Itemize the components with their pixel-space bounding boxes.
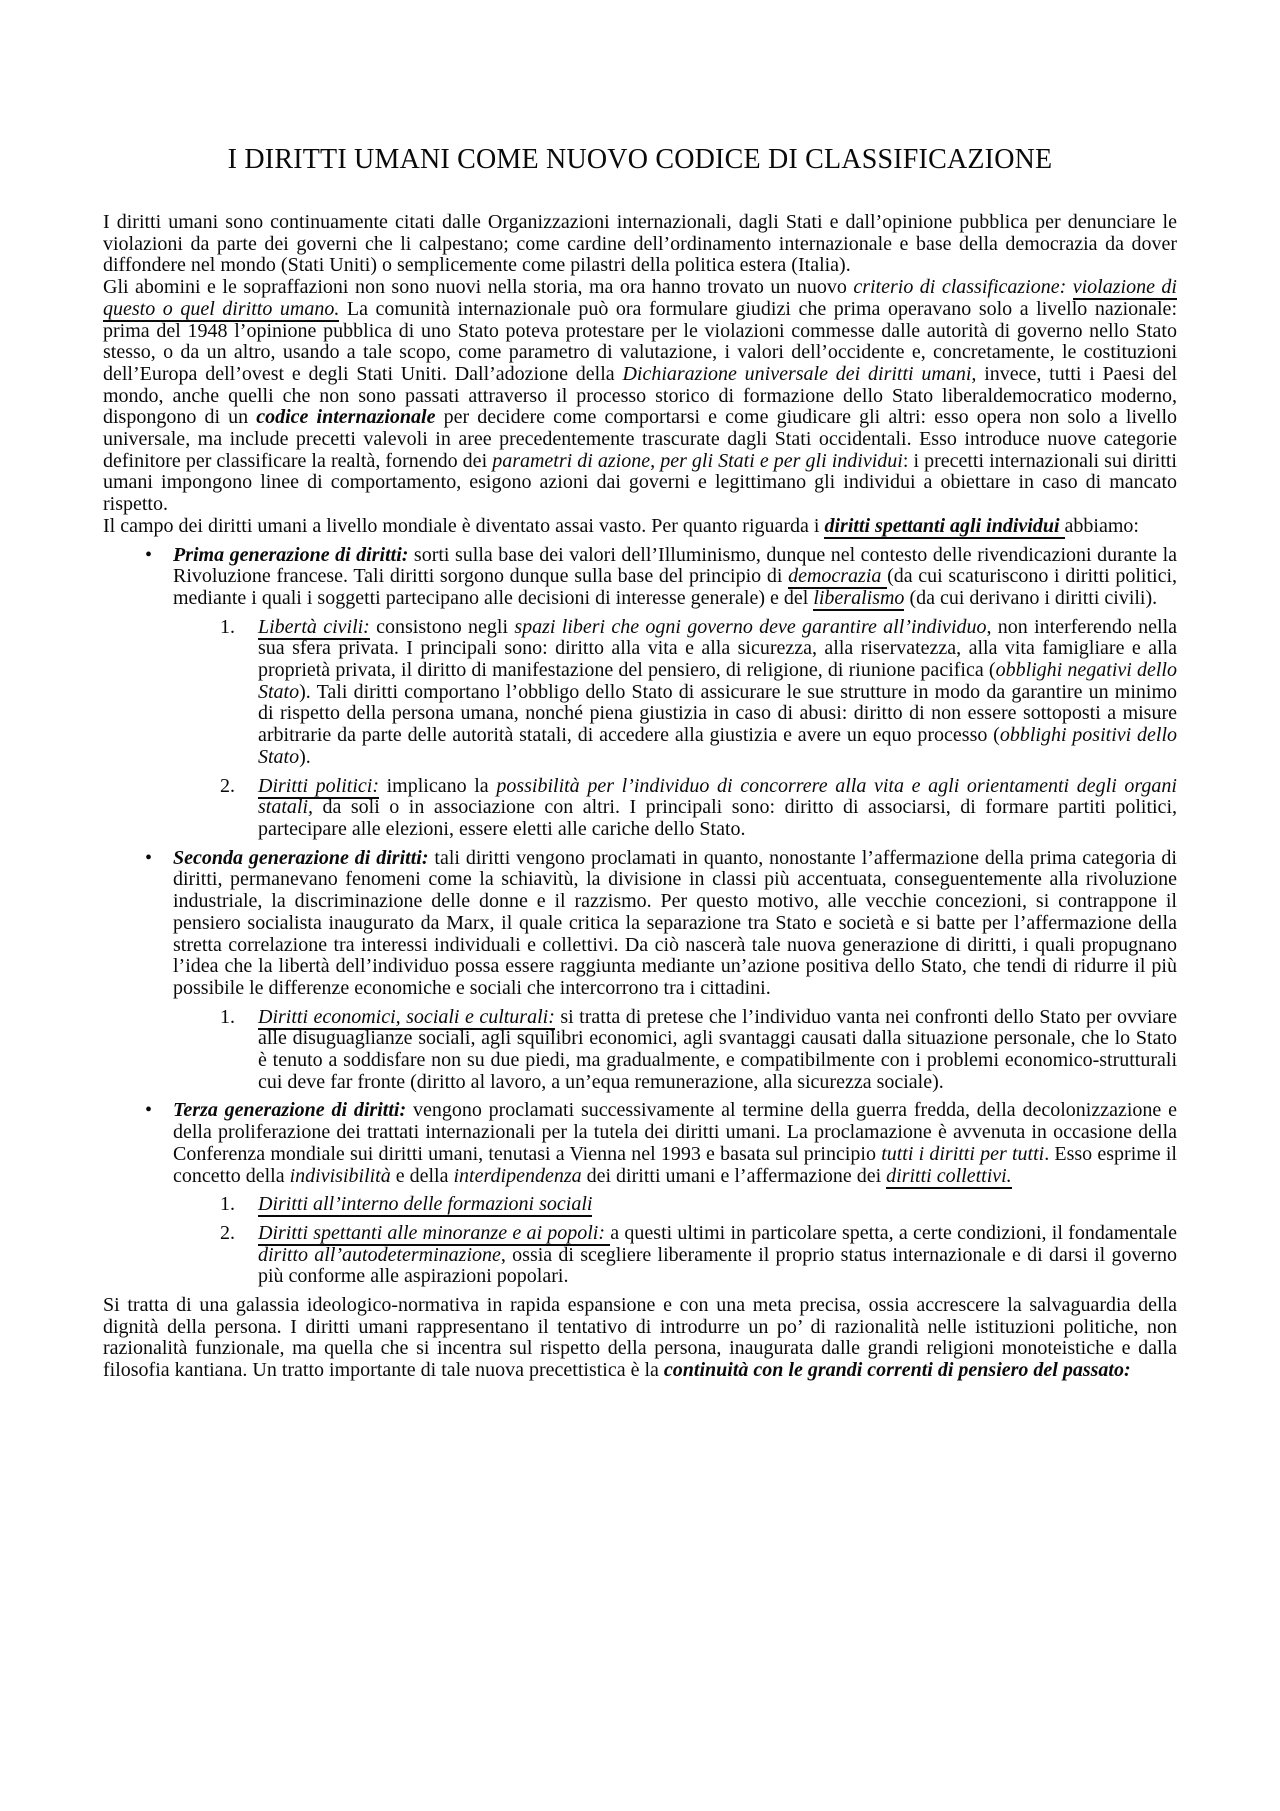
numbered-list-item: 1.Diritti all’interno delle formazioni s… — [103, 1194, 1177, 1216]
document-body: I diritti umani sono continuamente citat… — [103, 212, 1177, 1382]
text-run: Diritti all’interno delle formazioni soc… — [258, 1193, 592, 1217]
text-run: democrazia — [788, 565, 887, 589]
text-run: e della — [391, 1165, 454, 1187]
bullet-list-item: •Seconda generazione di diritti: tali di… — [103, 848, 1177, 1000]
numbered-list-item: 1.Diritti economici, sociali e culturali… — [103, 1007, 1177, 1094]
text-run: diritti collettivi. — [886, 1165, 1012, 1189]
numbered-list-item: 2.Diritti politici: implicano la possibi… — [103, 776, 1177, 841]
paragraph: Il campo dei diritti umani a livello mon… — [103, 516, 1177, 538]
text-run: tali diritti vengono proclamati in quant… — [173, 847, 1177, 999]
numbered-list-item: 1.Libertà civili: consistono negli spazi… — [103, 617, 1177, 769]
number-marker: 1. — [220, 1007, 235, 1029]
text-run: Diritti spettanti alle minoranze e ai po… — [258, 1222, 610, 1246]
text-run: continuità con le grandi correnti di pen… — [664, 1359, 1131, 1381]
number-marker: 2. — [220, 1223, 235, 1245]
text-run: parametri di azione, per gli Stati e per… — [492, 450, 903, 472]
text-run: I diritti umani sono continuamente citat… — [103, 211, 1177, 276]
text-run: tutti i diritti per tutti — [881, 1143, 1044, 1165]
text-run: Prima generazione di diritti: — [173, 544, 408, 566]
paragraph: Si tratta di una galassia ideologico-nor… — [103, 1295, 1177, 1382]
text-run: diritto all’autodeterminazione — [258, 1244, 501, 1266]
numbered-list-item: 2.Diritti spettanti alle minoranze e ai … — [103, 1223, 1177, 1288]
bullet-marker: • — [145, 545, 152, 567]
number-marker: 2. — [220, 776, 235, 798]
text-run: dei diritti umani e l’affermazione dei — [582, 1165, 887, 1187]
number-marker: 1. — [220, 1194, 235, 1216]
text-run: Gli abomini e le sopraffazioni non sono … — [103, 276, 853, 298]
text-run: consistono negli — [370, 616, 514, 638]
bullet-list-item: •Prima generazione di diritti: sorti sul… — [103, 545, 1177, 610]
text-run: Seconda generazione di diritti: — [173, 847, 428, 869]
paragraph: I diritti umani sono continuamente citat… — [103, 212, 1177, 277]
document-page: I DIRITTI UMANI COME NUOVO CODICE DI CLA… — [0, 0, 1280, 1811]
paragraph: Gli abomini e le sopraffazioni non sono … — [103, 277, 1177, 516]
text-run: ). — [299, 746, 311, 768]
bullet-marker: • — [145, 1100, 152, 1122]
text-run: implicano la — [379, 775, 496, 797]
bullet-marker: • — [145, 848, 152, 870]
text-run: codice internazionale — [256, 406, 435, 428]
text-run: diritti spettanti agli individui — [824, 515, 1064, 539]
page-title: I DIRITTI UMANI COME NUOVO CODICE DI CLA… — [103, 144, 1177, 176]
text-run: (da cui derivano i diritti civili). — [904, 587, 1157, 609]
text-run: Libertà civili: — [258, 616, 370, 640]
text-run: Il campo dei diritti umani a livello mon… — [103, 515, 824, 537]
text-run: indivisibilità — [290, 1165, 391, 1187]
text-run: a questi ultimi in particolare spetta, a… — [610, 1222, 1177, 1244]
text-run: Diritti politici: — [258, 775, 379, 799]
text-run: abbiamo: — [1065, 515, 1139, 537]
number-marker: 1. — [220, 617, 235, 639]
text-run: spazi liberi che ogni governo deve garan… — [514, 616, 986, 638]
text-run: Terza generazione di diritti: — [173, 1099, 406, 1121]
text-run: da soli o in associazione con altri. I p… — [258, 796, 1177, 840]
text-run: Dichiarazione universale dei diritti uma… — [622, 363, 976, 385]
text-run: interdipendenza — [454, 1165, 582, 1187]
text-run: Diritti economici, sociali e culturali: — [258, 1006, 555, 1030]
text-run: criterio di classificazione: — [853, 276, 1072, 298]
text-run: liberalismo — [813, 587, 904, 611]
bullet-list-item: •Terza generazione di diritti: vengono p… — [103, 1100, 1177, 1187]
